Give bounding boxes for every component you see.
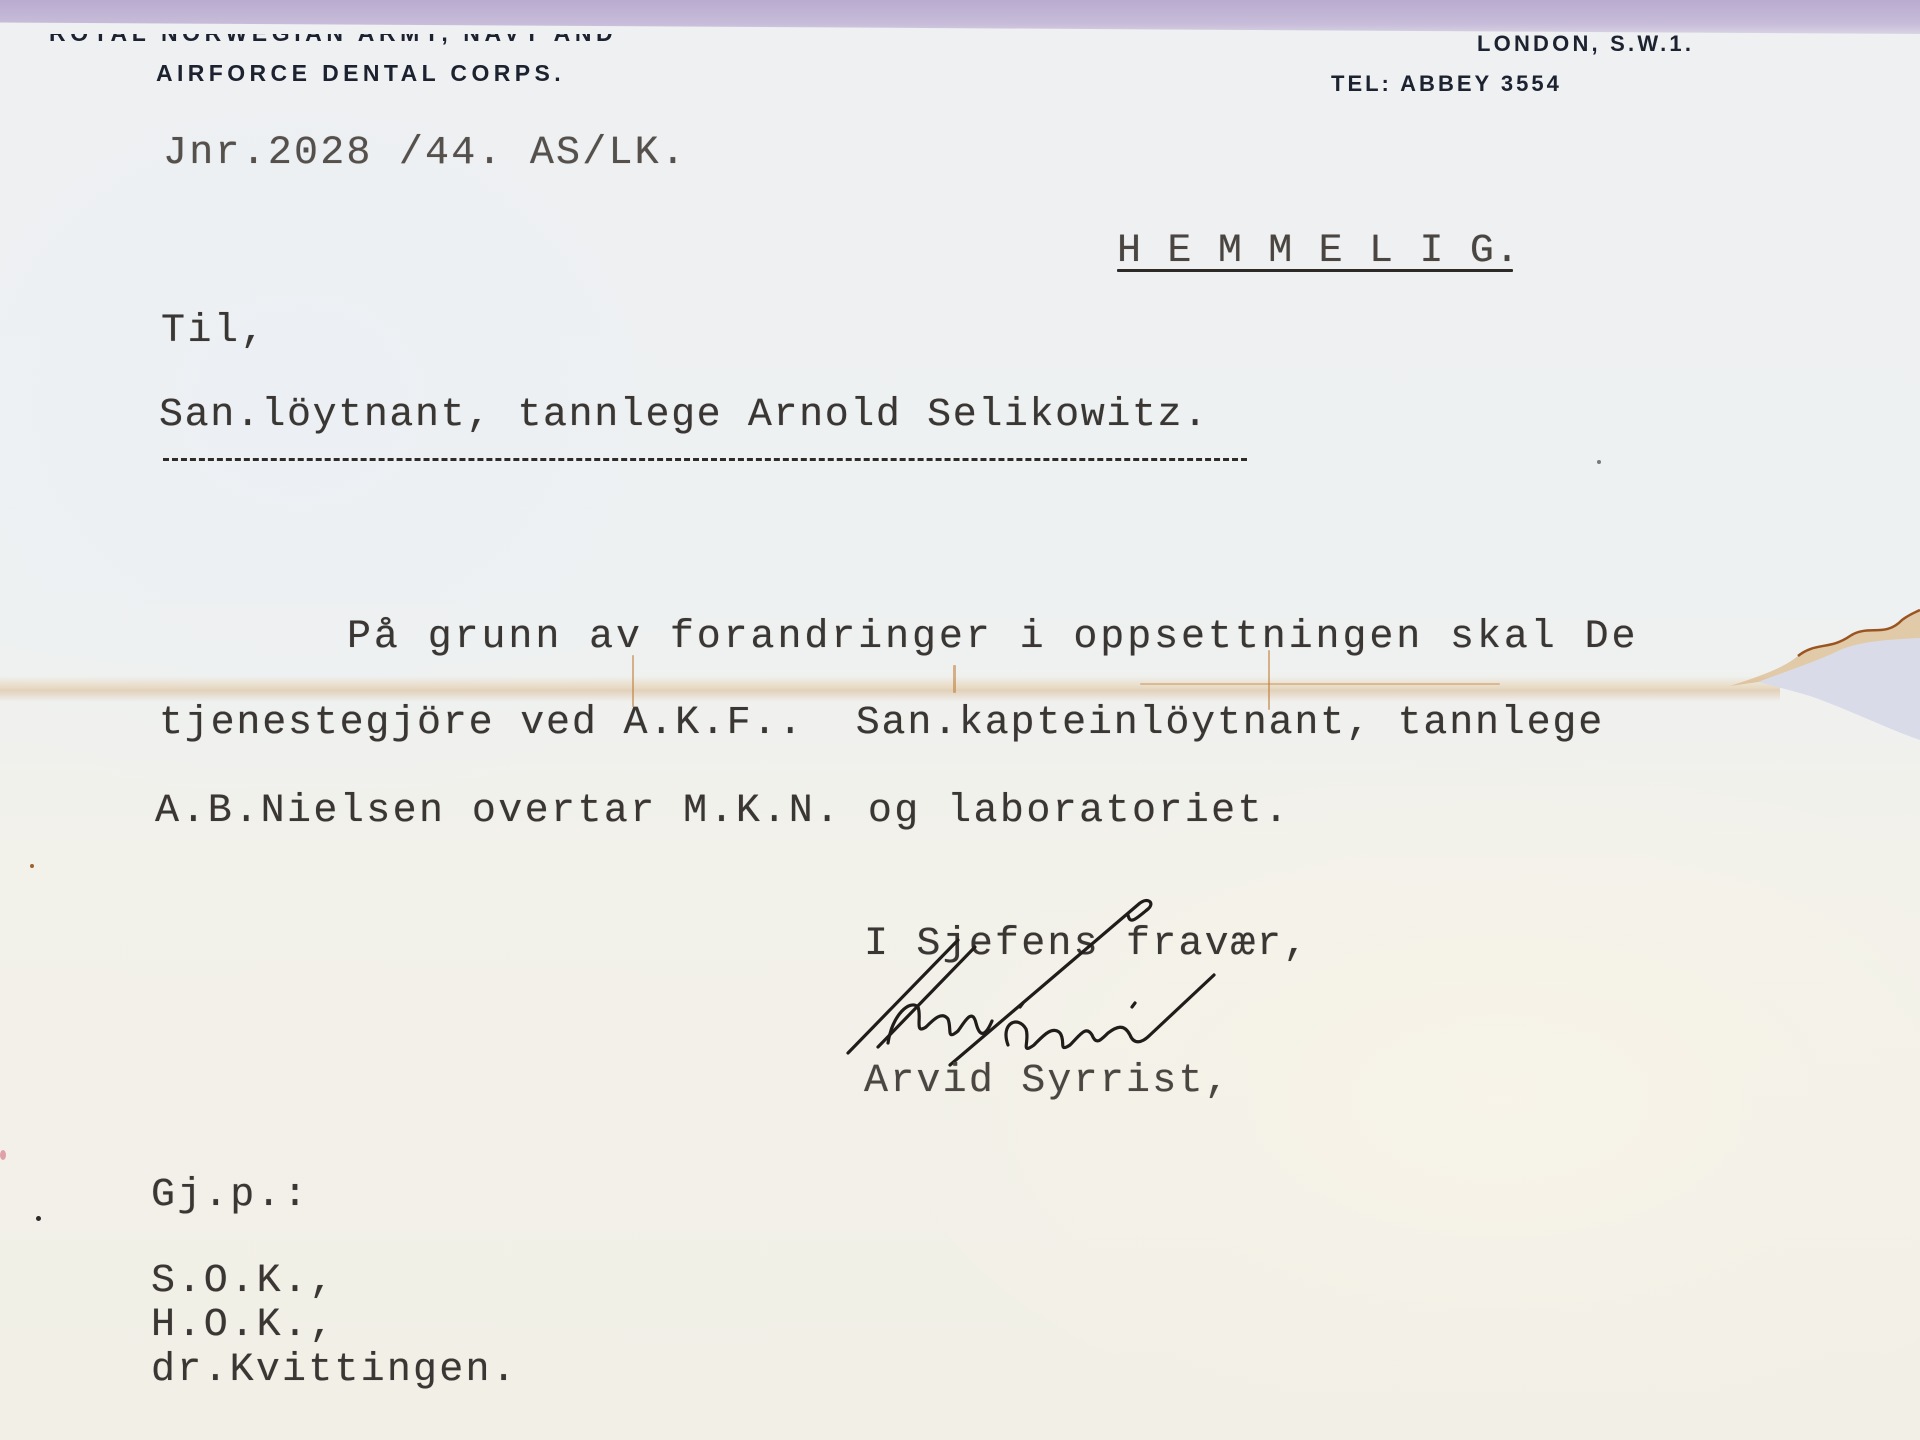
handwritten-signature (830, 895, 1290, 1085)
addressee-dashed-rule (163, 458, 1247, 461)
paper-speck (0, 1150, 6, 1160)
copy-recipient: H.O.K., (151, 1306, 336, 1346)
letter-page: ROYAL NORWEGIAN ARMY, NAVY AND AIRFORCE … (0, 0, 1920, 1440)
rust-stain (1140, 683, 1500, 685)
classification-stamp: H E M M E L I G. (1117, 232, 1520, 272)
typed-signer-name: Arvid Syrrist, (864, 1062, 1231, 1102)
paper-tear (1690, 590, 1920, 760)
paper-speck (30, 864, 34, 868)
rust-stain (632, 655, 634, 707)
background-surface (0, 0, 1920, 34)
body-line-2: tjenestegjöre ved A.K.F.. San.kapteinlöy… (159, 704, 1604, 744)
paper-speck (36, 1216, 41, 1221)
letterhead-org-line-2: AIRFORCE DENTAL CORPS. (156, 62, 565, 85)
letterhead-address: LONDON, S.W.1. (1477, 33, 1694, 55)
letterhead-telephone: TEL: ABBEY 3554 (1331, 73, 1562, 95)
body-line-3: A.B.Nielsen overtar M.K.N. og laboratori… (155, 792, 1290, 832)
copies-label: Gj.p.: (151, 1176, 309, 1216)
paper-fold-stain (0, 676, 1780, 702)
rust-stain (953, 665, 956, 693)
body-line-1: På grunn av forandringer i oppsettningen… (347, 618, 1638, 658)
copy-recipient: S.O.K., (151, 1262, 336, 1302)
salutation: Til, (161, 312, 267, 352)
classification-underline (1117, 269, 1513, 272)
journal-reference: Jnr.2028 /44. AS/LK. (163, 134, 687, 174)
paper-speck (1597, 460, 1601, 464)
copy-recipient: dr.Kvittingen. (151, 1351, 518, 1391)
addressee: San.löytnant, tannlege Arnold Selikowitz… (159, 396, 1209, 436)
